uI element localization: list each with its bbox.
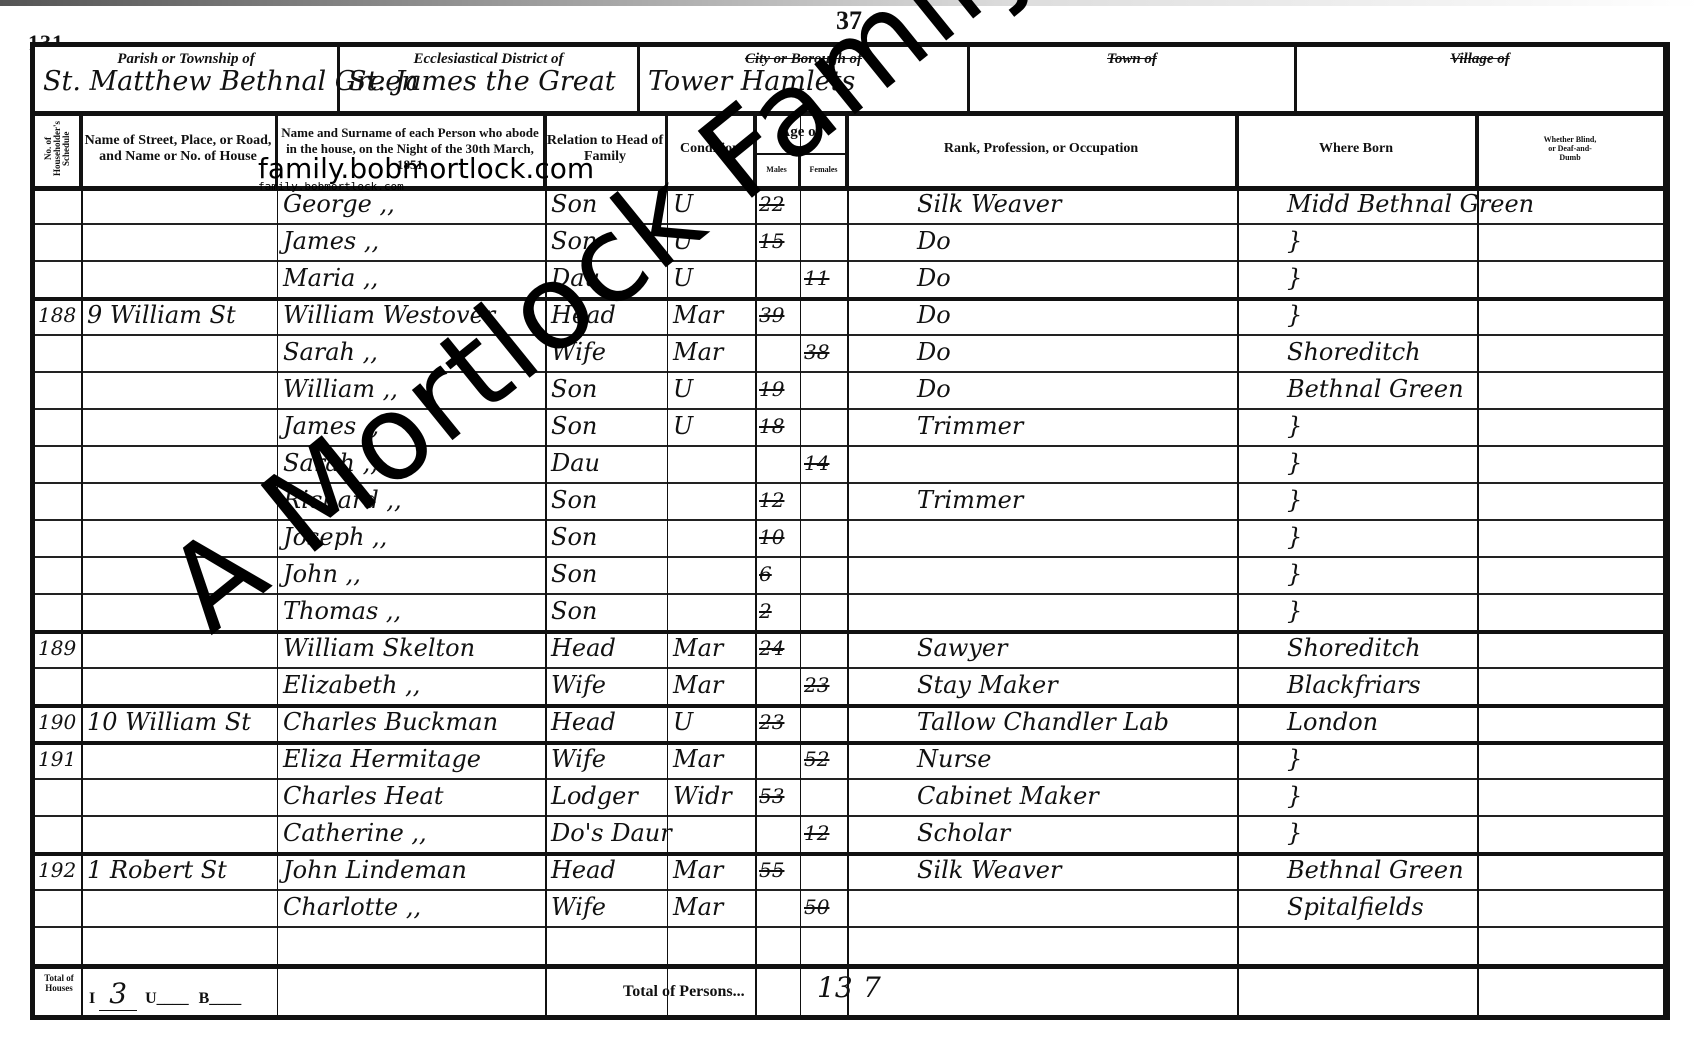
street-cell: 9 William St xyxy=(81,297,277,334)
male-age-cell: 2 xyxy=(755,593,800,630)
occupation-cell: Cabinet Maker xyxy=(847,778,1237,815)
schedule-cell xyxy=(35,371,81,408)
col-blind-deaf: Whether Blind, or Deaf-and-Dumb xyxy=(1477,111,1663,186)
parish-label: Parish or Township of xyxy=(35,47,337,68)
condition-cell xyxy=(667,482,755,519)
condition-cell: U xyxy=(667,704,755,741)
where-born-cell: Spitalfields xyxy=(1237,889,1477,926)
occupation-cell: Trimmer xyxy=(847,482,1237,519)
female-age-cell xyxy=(800,408,847,445)
where-born-cell: } xyxy=(1237,297,1477,334)
town-label: Town of xyxy=(970,47,1294,68)
where-born-cell: } xyxy=(1237,519,1477,556)
schedule-cell: 189 xyxy=(35,630,81,667)
schedule-cell: 188 xyxy=(35,297,81,334)
male-age-cell: 12 xyxy=(755,482,800,519)
occupation-cell xyxy=(847,445,1237,482)
female-age-cell xyxy=(800,556,847,593)
condition-cell: Widr xyxy=(667,778,755,815)
condition-cell xyxy=(667,593,755,630)
schedule-cell xyxy=(35,889,81,926)
person-name-cell: William Skelton xyxy=(277,630,545,667)
town-cell: Town of xyxy=(970,47,1297,111)
occupation-cell: Nurse xyxy=(847,741,1237,778)
table-row: Charles HeatLodgerWidr53Cabinet Maker} xyxy=(35,778,1663,817)
person-name-cell: Eliza Hermitage xyxy=(277,741,545,778)
street-cell xyxy=(81,815,277,852)
total-houses: I 3 U____ B____ xyxy=(89,977,241,1010)
male-age-cell: 39 xyxy=(755,297,800,334)
col-schedule: No. of Householder's Schedule xyxy=(35,111,81,186)
street-cell: 10 William St xyxy=(81,704,277,741)
condition-cell: Mar xyxy=(667,334,755,371)
female-age-cell xyxy=(800,704,847,741)
relation-cell: Head xyxy=(545,630,667,667)
occupation-cell: Stay Maker xyxy=(847,667,1237,704)
male-age-cell: 15 xyxy=(755,223,800,260)
female-age-cell: 14 xyxy=(800,445,847,482)
male-age-cell: 24 xyxy=(755,630,800,667)
table-row: Catherine ,,Do's Daur12Scholar} xyxy=(35,815,1663,856)
male-age-cell: 6 xyxy=(755,556,800,593)
divider xyxy=(755,111,757,1015)
table-row: 19010 William StCharles BuckmanHeadU23Ta… xyxy=(35,704,1663,745)
where-born-cell: Blackfriars xyxy=(1237,667,1477,704)
relation-cell: Son xyxy=(545,482,667,519)
condition-cell xyxy=(667,556,755,593)
divider xyxy=(81,111,83,1015)
where-born-cell: } xyxy=(1237,556,1477,593)
parish-cell: Parish or Township of St. Matthew Bethna… xyxy=(35,47,340,111)
female-age-cell: 38 xyxy=(800,334,847,371)
schedule-cell xyxy=(35,778,81,815)
female-age-cell xyxy=(800,482,847,519)
occupation-cell: Do xyxy=(847,297,1237,334)
total-males: 13 xyxy=(817,971,853,1004)
schedule-cell xyxy=(35,334,81,371)
condition-cell xyxy=(667,815,755,852)
where-born-cell: Bethnal Green xyxy=(1237,371,1477,408)
male-age-cell: 53 xyxy=(755,778,800,815)
person-name-cell: Elizabeth ,, xyxy=(277,667,545,704)
relation-cell: Wife xyxy=(545,889,667,926)
male-age-cell xyxy=(755,667,800,704)
street-cell xyxy=(81,778,277,815)
female-age-cell xyxy=(800,371,847,408)
where-born-cell: } xyxy=(1237,445,1477,482)
divider xyxy=(1237,111,1239,1015)
schedule-cell xyxy=(35,556,81,593)
relation-cell: Head xyxy=(545,852,667,889)
street-cell xyxy=(81,334,277,371)
condition-cell xyxy=(667,519,755,556)
occupation-cell xyxy=(847,889,1237,926)
table-row: 1889 William StWilliam WestoverHeadMar39… xyxy=(35,297,1663,336)
table-row: 191Eliza HermitageWifeMar52Nurse} xyxy=(35,741,1663,780)
schedule-cell xyxy=(35,815,81,852)
condition-cell: Mar xyxy=(667,741,755,778)
condition-cell: Mar xyxy=(667,889,755,926)
relation-cell: Wife xyxy=(545,741,667,778)
occupation-cell: Do xyxy=(847,371,1237,408)
condition-cell: Mar xyxy=(667,297,755,334)
where-born-cell: } xyxy=(1237,778,1477,815)
schedule-cell: 190 xyxy=(35,704,81,741)
total-females: 7 xyxy=(863,971,881,1004)
totals-row: Total of Houses I 3 U____ B____ Total of… xyxy=(35,964,1663,1015)
male-age-cell xyxy=(755,815,800,852)
schedule-cell xyxy=(35,667,81,704)
male-age-cell: 19 xyxy=(755,371,800,408)
where-born-cell: Shoreditch xyxy=(1237,334,1477,371)
total-persons-label: Total of Persons... xyxy=(623,983,745,1001)
occupation-cell: Silk Weaver xyxy=(847,852,1237,889)
schedule-cell xyxy=(35,519,81,556)
table-row: Maria ,,DauU11Do} xyxy=(35,260,1663,301)
person-name-cell: Charles Buckman xyxy=(277,704,545,741)
inhabited-count: 3 xyxy=(99,977,137,1011)
street-cell xyxy=(81,667,277,704)
street-cell xyxy=(81,223,277,260)
person-name-cell: Charlotte ,, xyxy=(277,889,545,926)
relation-cell: Son xyxy=(545,408,667,445)
female-age-cell: 12 xyxy=(800,815,847,852)
table-row: William ,,SonU19DoBethnal Green xyxy=(35,371,1663,410)
relation-cell: Head xyxy=(545,704,667,741)
occupation-cell: Do xyxy=(847,223,1237,260)
table-row: 1921 Robert StJohn LindemanHeadMar55Silk… xyxy=(35,852,1663,891)
col-street: Name of Street, Place, or Road, and Name… xyxy=(81,111,277,186)
ecclesiastical-value: St. James the Great xyxy=(340,66,637,97)
street-cell: 1 Robert St xyxy=(81,852,277,889)
relation-cell: Wife xyxy=(545,667,667,704)
female-age-cell xyxy=(800,593,847,630)
condition-cell: U xyxy=(667,408,755,445)
schedule-cell xyxy=(35,408,81,445)
condition-cell xyxy=(667,445,755,482)
male-age-cell xyxy=(755,445,800,482)
street-cell xyxy=(81,260,277,297)
where-born-cell: } xyxy=(1237,408,1477,445)
where-born-cell: Shoreditch xyxy=(1237,630,1477,667)
relation-cell: Do's Daur xyxy=(545,815,667,852)
male-age-cell xyxy=(755,889,800,926)
occupation-cell: Silk Weaver xyxy=(847,186,1237,223)
divider xyxy=(1477,111,1479,1015)
female-age-cell xyxy=(800,778,847,815)
col-where-born: Where Born xyxy=(1237,111,1477,186)
person-name-cell: Charles Heat xyxy=(277,778,545,815)
street-cell xyxy=(81,371,277,408)
occupation-cell: Trimmer xyxy=(847,408,1237,445)
schedule-cell xyxy=(35,260,81,297)
where-born-cell: } xyxy=(1237,482,1477,519)
street-cell xyxy=(81,741,277,778)
condition-cell: Mar xyxy=(667,667,755,704)
table-row: Charlotte ,,WifeMar50Spitalfields xyxy=(35,889,1663,928)
male-age-cell: 10 xyxy=(755,519,800,556)
relation-cell: Son xyxy=(545,593,667,630)
occupation-cell: Do xyxy=(847,260,1237,297)
occupation-cell: Tallow Chandler Lab xyxy=(847,704,1237,741)
occupation-cell xyxy=(847,593,1237,630)
relation-cell: Dau xyxy=(545,445,667,482)
where-born-cell: Midd Bethnal Green xyxy=(1237,186,1477,223)
male-age-cell: 23 xyxy=(755,704,800,741)
relation-cell: Son xyxy=(545,556,667,593)
female-age-cell xyxy=(800,630,847,667)
schedule-cell: 192 xyxy=(35,852,81,889)
table-row: Elizabeth ,,WifeMar23Stay MakerBlackfria… xyxy=(35,667,1663,708)
female-age-cell xyxy=(800,852,847,889)
ecclesiastical-label: Ecclesiastical District of xyxy=(340,47,637,68)
schedule-cell xyxy=(35,223,81,260)
female-age-cell: 50 xyxy=(800,889,847,926)
occupation-cell: Sawyer xyxy=(847,630,1237,667)
table-row: Sarah ,,WifeMar38DoShoreditch xyxy=(35,334,1663,373)
col-occupation: Rank, Profession, or Occupation xyxy=(847,111,1237,186)
occupation-cell xyxy=(847,556,1237,593)
where-born-cell: } xyxy=(1237,741,1477,778)
watermark-url-small: family.bobmortlock.com xyxy=(258,180,404,193)
female-age-cell xyxy=(800,519,847,556)
ecclesiastical-cell: Ecclesiastical District of St. James the… xyxy=(340,47,640,111)
table-row: 189William SkeltonHeadMar24SawyerShoredi… xyxy=(35,630,1663,669)
divider xyxy=(847,111,849,1015)
schedule-cell xyxy=(35,186,81,223)
person-name-cell: John Lindeman xyxy=(277,852,545,889)
relation-cell: Son xyxy=(545,519,667,556)
village-label: Village of xyxy=(1297,47,1663,68)
female-age-cell: 11 xyxy=(800,260,847,297)
where-born-cell: London xyxy=(1237,704,1477,741)
table-row: James ,,SonU15Do} xyxy=(35,223,1663,262)
condition-cell: U xyxy=(667,371,755,408)
female-age-cell xyxy=(800,186,847,223)
female-age-cell xyxy=(800,223,847,260)
where-born-cell: } xyxy=(1237,593,1477,630)
occupation-cell: Scholar xyxy=(847,815,1237,852)
street-cell xyxy=(81,186,277,223)
divider xyxy=(800,111,801,1015)
female-age-cell: 23 xyxy=(800,667,847,704)
schedule-cell: 191 xyxy=(35,741,81,778)
occupation-cell xyxy=(847,519,1237,556)
relation-cell: Lodger xyxy=(545,778,667,815)
where-born-cell: Bethnal Green xyxy=(1237,852,1477,889)
female-age-cell: 52 xyxy=(800,741,847,778)
male-age-cell: 18 xyxy=(755,408,800,445)
street-cell xyxy=(81,408,277,445)
person-name-cell: Thomas ,, xyxy=(277,593,545,630)
where-born-cell: } xyxy=(1237,260,1477,297)
where-born-cell: } xyxy=(1237,223,1477,260)
street-cell xyxy=(81,889,277,926)
male-age-cell: 55 xyxy=(755,852,800,889)
male-age-cell xyxy=(755,741,800,778)
condition-cell: Mar xyxy=(667,630,755,667)
occupation-cell: Do xyxy=(847,334,1237,371)
schedule-cell xyxy=(35,593,81,630)
where-born-cell: } xyxy=(1237,815,1477,852)
schedule-cell xyxy=(35,482,81,519)
parish-value: St. Matthew Bethnal Green xyxy=(35,66,337,97)
condition-cell: Mar xyxy=(667,852,755,889)
male-age-cell xyxy=(755,334,800,371)
schedule-cell xyxy=(35,445,81,482)
total-houses-label: Total of Houses xyxy=(37,973,81,993)
person-name-cell: Catherine ,, xyxy=(277,815,545,852)
village-cell: Village of xyxy=(1297,47,1663,111)
male-age-cell xyxy=(755,260,800,297)
female-age-cell xyxy=(800,297,847,334)
